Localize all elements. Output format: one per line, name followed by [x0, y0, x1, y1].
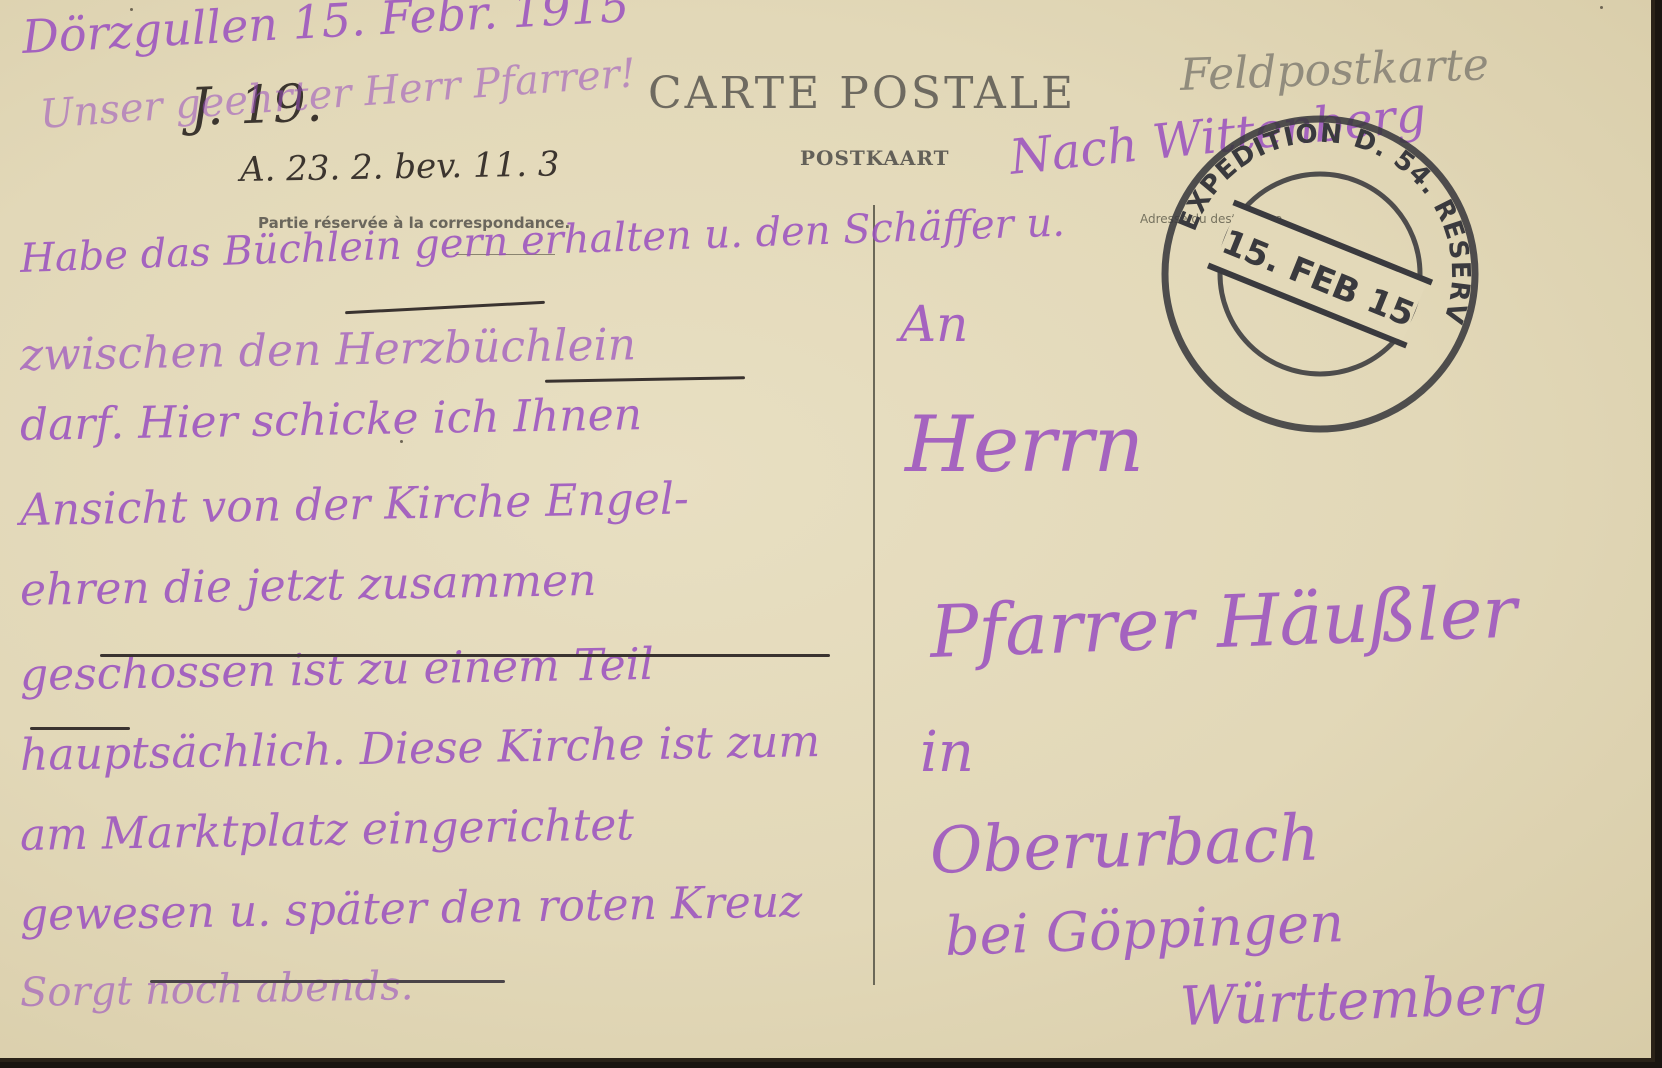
- message-line: am Marktplatz eingerichtet: [20, 799, 635, 861]
- pencil-note: Feldpostkarte: [1179, 39, 1490, 101]
- ink-underline: [345, 301, 545, 314]
- postcard: CARTE POSTALE POSTKAART Partie réservée …: [0, 0, 1655, 1062]
- address-line: Oberurbach: [929, 801, 1321, 889]
- vertical-divider: [873, 205, 875, 985]
- address-line: Herrn: [905, 400, 1144, 490]
- message-line: Ansicht von der Kirche Engel-: [20, 473, 690, 536]
- postmark-stamp: 15. FEB 15 FELDPOSTEXPEDITION D. 54. RES…: [1158, 112, 1482, 436]
- postcard-heading: CARTE POSTALE: [648, 68, 1076, 119]
- postcard-subheading: POSTKAART: [800, 146, 950, 170]
- ink-underline: [150, 980, 505, 983]
- message-line: gewesen u. später den roten Kreuz: [20, 876, 803, 941]
- message-line: geschossen ist zu einem Teil: [20, 639, 655, 701]
- ink-underline: [30, 727, 130, 730]
- message-line: zwischen den Herzbüchlein: [20, 319, 637, 381]
- ink-underline: [100, 654, 830, 657]
- message-line: Unser geehrter Herr Pfarrer!: [38, 50, 637, 138]
- message-line: ehren die jetzt zusammen: [20, 555, 597, 616]
- message-line: darf. Hier schicke ich Ihnen: [20, 389, 643, 451]
- paper-speck: [130, 8, 133, 11]
- handwritten-dateline: Dörzgullen 15. Febr. 1915: [21, 0, 631, 64]
- message-line: hauptsächlich. Diese Kirche ist zum: [20, 716, 821, 781]
- address-line: An: [900, 295, 968, 353]
- ink-note: A. 23. 2. bev. 11. 3: [240, 144, 560, 190]
- message-line: Habe das Büchlein gern erhalten u. den S…: [19, 200, 1065, 282]
- paper-speck: [1600, 6, 1603, 9]
- message-line: Sorgt noch abends.: [20, 963, 414, 1016]
- address-line: bei Göppingen: [944, 891, 1345, 968]
- address-line: Pfarrer Häußler: [929, 570, 1519, 674]
- address-line: in: [920, 720, 974, 785]
- paper-speck: [400, 440, 403, 443]
- address-line: Württemberg: [1179, 962, 1548, 1038]
- ink-underline: [545, 376, 745, 382]
